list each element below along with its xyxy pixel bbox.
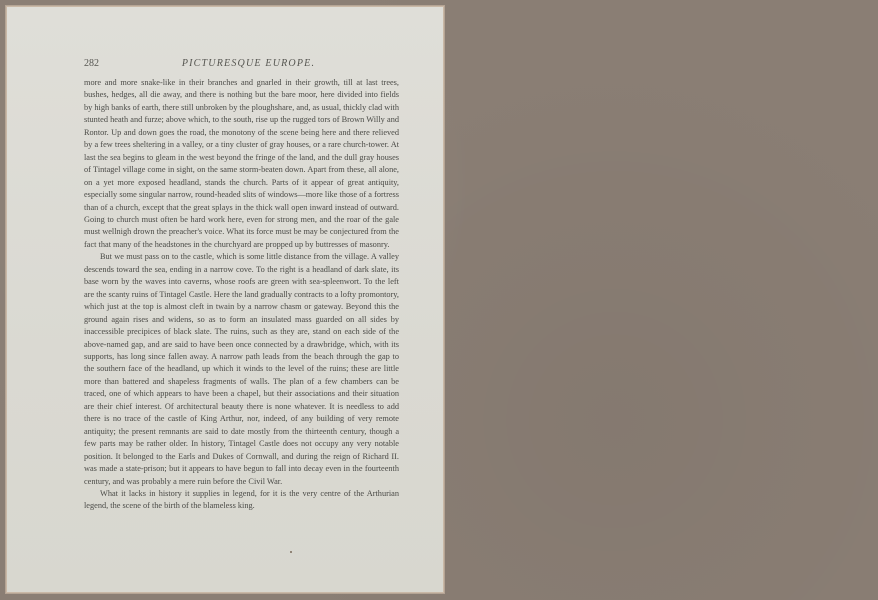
paragraph-continued: more and more snake-like in their branch… xyxy=(84,77,399,251)
paper-speck xyxy=(290,551,292,553)
paragraph-castle: But we must pass on to the castle, which… xyxy=(84,251,399,488)
paragraph-legend: What it lacks in history it supplies in … xyxy=(84,488,399,513)
body-text: more and more snake-like in their branch… xyxy=(84,77,399,513)
running-head: 282 PICTURESQUE EUROPE. xyxy=(84,58,399,72)
running-title: PICTURESQUE EUROPE. xyxy=(84,58,399,69)
book-page: 282 PICTURESQUE EUROPE. more and more sn… xyxy=(6,6,444,593)
